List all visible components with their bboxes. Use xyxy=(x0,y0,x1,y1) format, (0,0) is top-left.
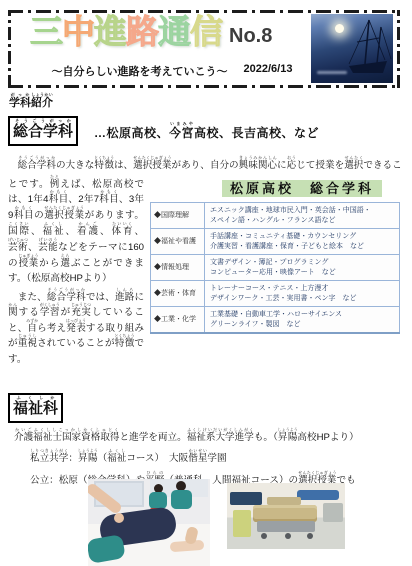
bed-wheel-shape xyxy=(307,533,313,539)
fukushi-line-1: 介護福祉士国家資格取得かいごふくししこっかしかくしゅとくと進学を両立。福祉系大学… xyxy=(8,427,404,447)
row-content: 文書デザイン・簿記・プログラミング コンピューター応用・映像アート など xyxy=(205,255,400,281)
bed-blanket-shape xyxy=(253,505,317,522)
care-practice-photo xyxy=(88,479,210,566)
row-label: ◆国際理解 xyxy=(151,203,205,229)
row-content: 工業基礎・自動車工学・ハローサイエンス グリーンライフ・製図 など xyxy=(205,307,400,334)
ship-night-photo xyxy=(311,14,393,83)
row-content: エスニック講座・地球市民入門・英会話・中国語・ スペイン語・ハングル・フランス語… xyxy=(205,203,400,229)
header-frame: 三 中 進 路 通 信 No.8 ～自分らしい進路を考えていこう～ 2022/6… xyxy=(8,10,400,88)
newsletter-page: 三 中 進 路 通 信 No.8 ～自分らしい進路を考えていこう～ 2022/6… xyxy=(0,0,412,566)
frame-border-bottom xyxy=(8,85,400,88)
issue-date: 2022/6/13 xyxy=(244,63,293,79)
row-label: ◆芸術・体育 xyxy=(151,281,205,307)
title-char: 路 xyxy=(126,13,158,51)
student-body-shape xyxy=(171,490,192,509)
right-bed-shape xyxy=(323,503,343,522)
bench-shape xyxy=(230,492,262,505)
sogo-gakka-header: 総合学科そうごうがっか …松原高校、今宮いまみや高校、長吉高校、など xyxy=(8,116,319,146)
table-row: ◆国際理解 エスニック講座・地球市民入門・英会話・中国語・ スペイン語・ハングル… xyxy=(151,203,400,229)
bottom-photos-row xyxy=(88,479,345,566)
bed-wheel-shape xyxy=(261,533,267,539)
matsubara-table-block: 松原高校 総合学科 ◆国際理解 エスニック講座・地球市民入門・英会話・中国語・ … xyxy=(150,180,402,335)
title-char: 中 xyxy=(62,13,94,51)
section-heading-gakka-shokai: 学科がっか紹介しょうかい xyxy=(9,92,53,110)
cabinet-shape xyxy=(233,510,251,537)
course-table: ◆国際理解 エスニック講座・地球市民入門・英会話・中国語・ スペイン語・ハングル… xyxy=(150,202,400,334)
header-subtitle-row: ～自分らしい進路を考えていこう～ 2022/6/13 xyxy=(26,63,318,79)
row-label: ◆工業・化学 xyxy=(151,307,205,334)
bed-frame-shape xyxy=(257,521,315,532)
fukushi-line-2: 私立共学しりつきょうがく：昇陽しょうよう（福祉ふくしコース） 大阪偕星かいせい学… xyxy=(8,448,404,468)
cushion-shape xyxy=(88,534,126,564)
student-body-shape xyxy=(149,492,167,509)
row-label: ◆福祉や看護 xyxy=(151,229,205,255)
matsubara-table-title: 松原高校 総合学科 xyxy=(222,180,382,198)
newsletter-title: 三 中 進 路 通 信 No.8 xyxy=(30,13,272,51)
sogo-gakka-body: 総合学科そうごうがっかの大きな特徴とくちょうは、選択授業せんたくじゅぎょうがあり… xyxy=(8,155,402,367)
table-row: ◆情報処理 文書デザイン・簿記・プログラミング コンピューター応用・映像アート … xyxy=(151,255,400,281)
bed-wheel-shape xyxy=(285,533,291,539)
nursing-beds-photo xyxy=(227,483,345,549)
title-char: 進 xyxy=(94,13,126,51)
table-row: ◆芸術・体育 トレーナーコース・テニス・上方漫才 デザインワーク・工芸・実用書・… xyxy=(151,281,400,307)
back-bed-shape xyxy=(267,497,301,505)
sogo-gakka-schools: …松原高校、今宮いまみや高校、長吉高校、など xyxy=(94,121,319,141)
sea-reflection-shape xyxy=(317,71,347,74)
title-char: 三 xyxy=(30,13,62,51)
table-row: ◆工業・化学 工業基礎・自動車工学・ハローサイエンス グリーンライフ・製図 など xyxy=(151,307,400,334)
title-char: 信 xyxy=(190,13,222,51)
sogo-gakka-box-label: 総合学科そうごうがっか xyxy=(8,116,78,146)
blue-bed-shape xyxy=(297,490,339,500)
frame-border-right xyxy=(397,10,400,88)
body-paragraph-1: 総合学科そうごうがっかの大きな特徴とくちょうは、選択授業せんたくじゅぎょうがあり… xyxy=(8,155,402,174)
title-char: 通 xyxy=(158,13,190,51)
caregiver-hand-shape xyxy=(114,513,124,523)
frame-border-left xyxy=(8,10,11,88)
newsletter-motto: ～自分らしい進路を考えていこう～ xyxy=(52,63,228,79)
table-row: ◆福祉や看護 手話講座・コミュニティ基礎・カウンセリング 介護実習・看護講座・保… xyxy=(151,229,400,255)
fukushi-box-label: 福祉科ふくしか xyxy=(8,393,63,423)
row-label: ◆情報処理 xyxy=(151,255,205,281)
row-content: 手話講座・コミュニティ基礎・カウンセリング 介護実習・看護講座・保育・子どもと絵… xyxy=(205,229,400,255)
issue-number: No.8 xyxy=(229,25,272,51)
fukushi-section: 福祉科ふくしか 介護福祉士国家資格取得かいごふくししこっかしかくしゅとくと進学を… xyxy=(8,393,404,489)
row-content: トレーナーコース・テニス・上方漫才 デザインワーク・工芸・実用書・ペン字 など xyxy=(205,281,400,307)
